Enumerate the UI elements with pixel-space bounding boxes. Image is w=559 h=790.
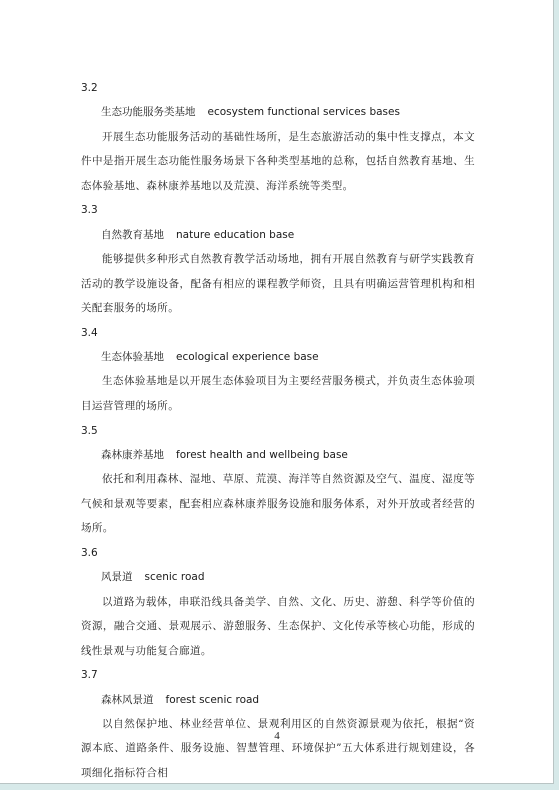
section-number: 3.6 [81,541,475,565]
term-definition: 以道路为载体，串联沿线具备美学、自然、文化、历史、游憩、科学等价值的资源，融合交… [81,590,475,664]
term-definition: 以自然保护地、林业经营单位、景观利用区的自然资源景观为依托，根据“资源本底、道路… [81,712,475,786]
document-page: 3.2 生态功能服务类基地ecosystem functional servic… [0,0,554,784]
term-chinese: 自然教育基地 [101,229,164,241]
term-chinese: 生态功能服务类基地 [101,106,196,118]
section-number: 3.5 [81,419,475,443]
term-definition: 能够提供多种形式自然教育教学活动场地，拥有开展自然教育与研学实践教育活动的教学设… [81,247,475,321]
section-number: 3.3 [81,198,475,222]
term-heading: 森林康养基地forest health and wellbeing base [81,443,475,467]
term-heading: 自然教育基地nature education base [81,223,475,247]
term-english: ecological experience base [176,351,319,363]
term-chinese: 风景道 [101,571,133,583]
term-definition: 依托和利用森林、湿地、草原、荒漠、海洋等自然资源及空气、温度、湿度等气候和景观等… [81,467,475,541]
term-english: nature education base [176,229,294,241]
term-section-3-7: 3.7 森林风景道forest scenic road 以自然保护地、林业经营单… [81,663,475,785]
term-chinese: 生态体验基地 [101,351,164,363]
page-number: 4 [0,730,554,742]
term-english: forest scenic road [166,694,260,706]
term-heading: 生态功能服务类基地ecosystem functional services b… [81,100,475,124]
term-english: ecosystem functional services bases [208,106,400,118]
term-heading: 风景道scenic road [81,565,475,589]
term-section-3-3: 3.3 自然教育基地nature education base 能够提供多种形式… [81,198,475,320]
term-heading: 生态体验基地ecological experience base [81,345,475,369]
term-chinese: 森林康养基地 [101,449,164,461]
term-section-3-2: 3.2 生态功能服务类基地ecosystem functional servic… [81,76,475,198]
term-definition: 生态体验基地是以开展生态体验项目为主要经营服务模式，并负责生态体验项目运营管理的… [81,369,475,418]
section-number: 3.2 [81,76,475,100]
term-english: scenic road [145,571,205,583]
section-number: 3.4 [81,321,475,345]
section-number: 3.7 [81,663,475,687]
term-section-3-5: 3.5 森林康养基地forest health and wellbeing ba… [81,419,475,541]
term-heading: 森林风景道forest scenic road [81,688,475,712]
term-definition: 开展生态功能服务活动的基础性场所，是生态旅游活动的集中性支撑点，本文件中是指开展… [81,125,475,199]
document-content: 3.2 生态功能服务类基地ecosystem functional servic… [81,76,475,786]
term-section-3-6: 3.6 风景道scenic road 以道路为载体，串联沿线具备美学、自然、文化… [81,541,475,663]
term-english: forest health and wellbeing base [176,449,348,461]
term-section-3-4: 3.4 生态体验基地ecological experience base 生态体… [81,321,475,419]
term-chinese: 森林风景道 [101,694,154,706]
